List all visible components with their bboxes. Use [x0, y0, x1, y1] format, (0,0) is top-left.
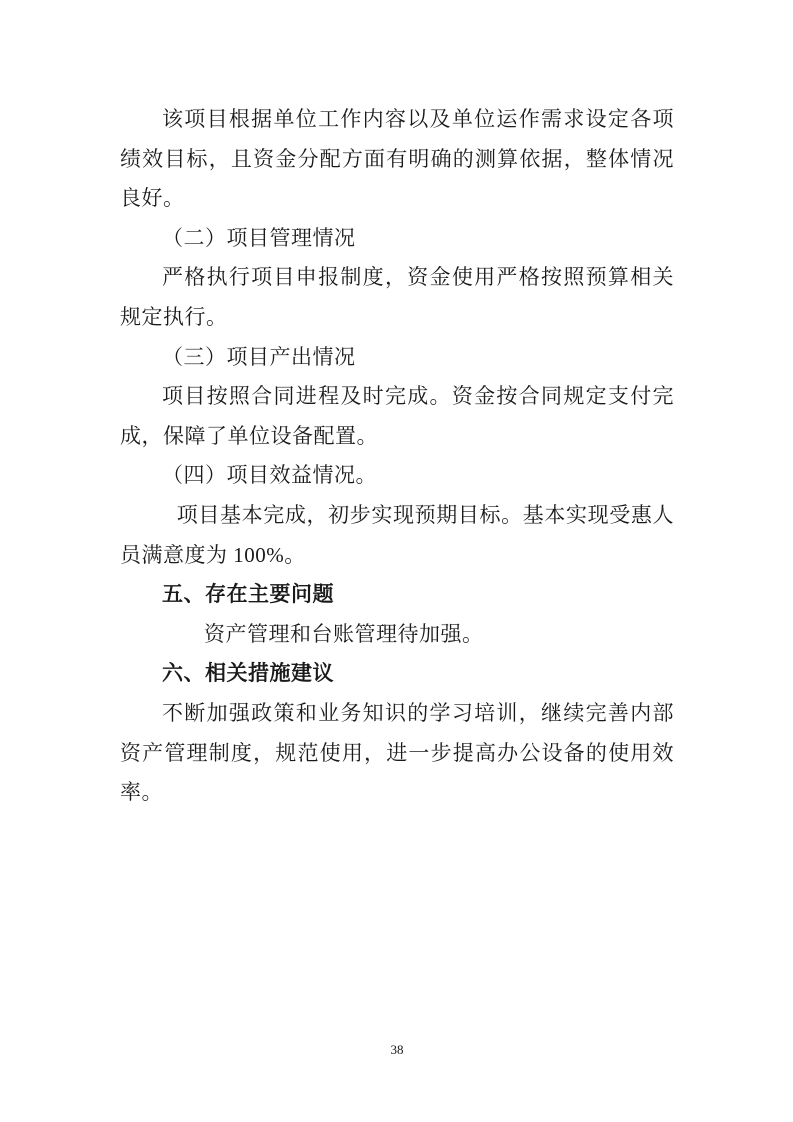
section-heading-related-measures: 六、相关措施建议 [120, 654, 674, 694]
section-heading-main-problems: 五、存在主要问题 [120, 575, 674, 615]
paragraph-project-benefit: 项目基本完成，初步实现预期目标。基本实现受惠人员满意度为 100%。 [120, 496, 674, 575]
paragraph-project-management: 严格执行项目申报制度，资金使用严格按照预算相关规定执行。 [120, 258, 674, 337]
page-number-footer: 38 [120, 1041, 674, 1059]
document-body: 该项目根据单位工作内容以及单位运作需求设定各项绩效目标，且资金分配方面有明确的测… [120, 100, 674, 813]
paragraph-project-output: 项目按照合同进程及时完成。资金按合同规定支付完成，保障了单位设备配置。 [120, 377, 674, 456]
section-heading-project-management: （二）项目管理情况 [120, 219, 674, 259]
paragraph-related-measures: 不断加强政策和业务知识的学习培训，继续完善内部资产管理制度，规范使用，进一步提高… [120, 694, 674, 813]
paragraph-main-problems: 资产管理和台账管理待加强。 [120, 615, 674, 655]
document-page: 该项目根据单位工作内容以及单位运作需求设定各项绩效目标，且资金分配方面有明确的测… [0, 0, 793, 1122]
section-heading-project-output: （三）项目产出情况 [120, 338, 674, 378]
paragraph-overall-targets: 该项目根据单位工作内容以及单位运作需求设定各项绩效目标，且资金分配方面有明确的测… [120, 100, 674, 219]
section-heading-project-benefit: （四）项目效益情况。 [120, 456, 674, 496]
